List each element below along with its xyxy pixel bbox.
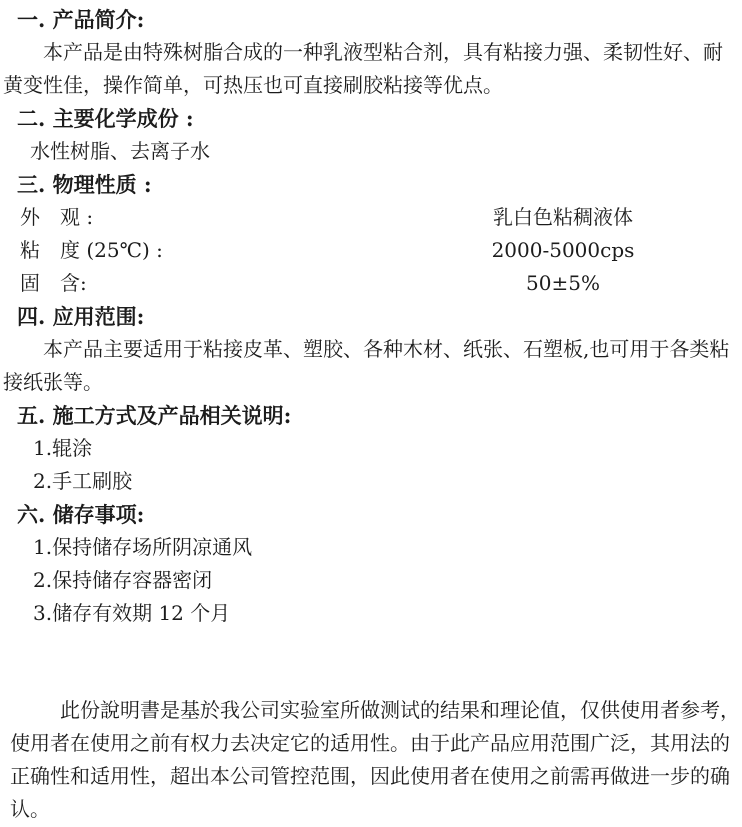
property-row-viscosity: 粘 度 (25℃) : 2000-5000cps — [3, 234, 740, 267]
property-row-appearance: 外 观 : 乳白色粘稠液体 — [3, 201, 740, 234]
property-label-solid-content: 固 含: — [20, 271, 87, 295]
product-datasheet-document: 一. 产品简介: 本产品是由特殊树脂合成的一种乳液型粘合剂，具有粘接力强、柔韧性… — [0, 0, 742, 826]
spacer — [3, 630, 740, 694]
list-item: 3.储存有效期 12 个月 — [3, 597, 740, 630]
section-2-heading: 二. 主要化学成份 : — [3, 102, 740, 135]
list-item: 2.手工刷胶 — [3, 465, 740, 498]
section-6-heading: 六. 储存事项: — [3, 498, 740, 531]
section-3-heading: 三. 物理性质 : — [3, 168, 740, 201]
property-value-appearance: 乳白色粘稠液体 — [383, 201, 742, 234]
section-1-paragraph: 本产品是由特殊树脂合成的一种乳液型粘合剂，具有粘接力强、柔韧性好、耐黄变性佳，操… — [3, 36, 740, 102]
section-5-heading: 五. 施工方式及产品相关说明: — [3, 399, 740, 432]
list-item: 1.保持储存场所阴凉通风 — [3, 531, 740, 564]
property-value-viscosity: 2000-5000cps — [383, 234, 742, 267]
property-label-appearance: 外 观 : — [20, 205, 93, 229]
property-row-solid-content: 固 含: 50±5% — [3, 267, 740, 300]
section-2-content: 水性树脂、去离子水 — [3, 135, 740, 168]
section-4-heading: 四. 应用范围: — [3, 300, 740, 333]
list-item: 2.保持储存容器密闭 — [3, 564, 740, 597]
disclaimer-paragraph: 此份說明書是基於我公司实验室所做测试的结果和理论值，仅供使用者参考，使用者在使用… — [10, 694, 740, 826]
section-4-paragraph: 本产品主要适用于粘接皮革、塑胶、各种木材、纸张、石塑板,也可用于各类粘接纸张等。 — [3, 333, 740, 399]
list-item: 1.辊涂 — [3, 432, 740, 465]
property-value-solid-content: 50±5% — [383, 267, 742, 300]
property-label-viscosity: 粘 度 (25℃) : — [20, 238, 163, 262]
section-1-heading: 一. 产品简介: — [3, 3, 740, 36]
